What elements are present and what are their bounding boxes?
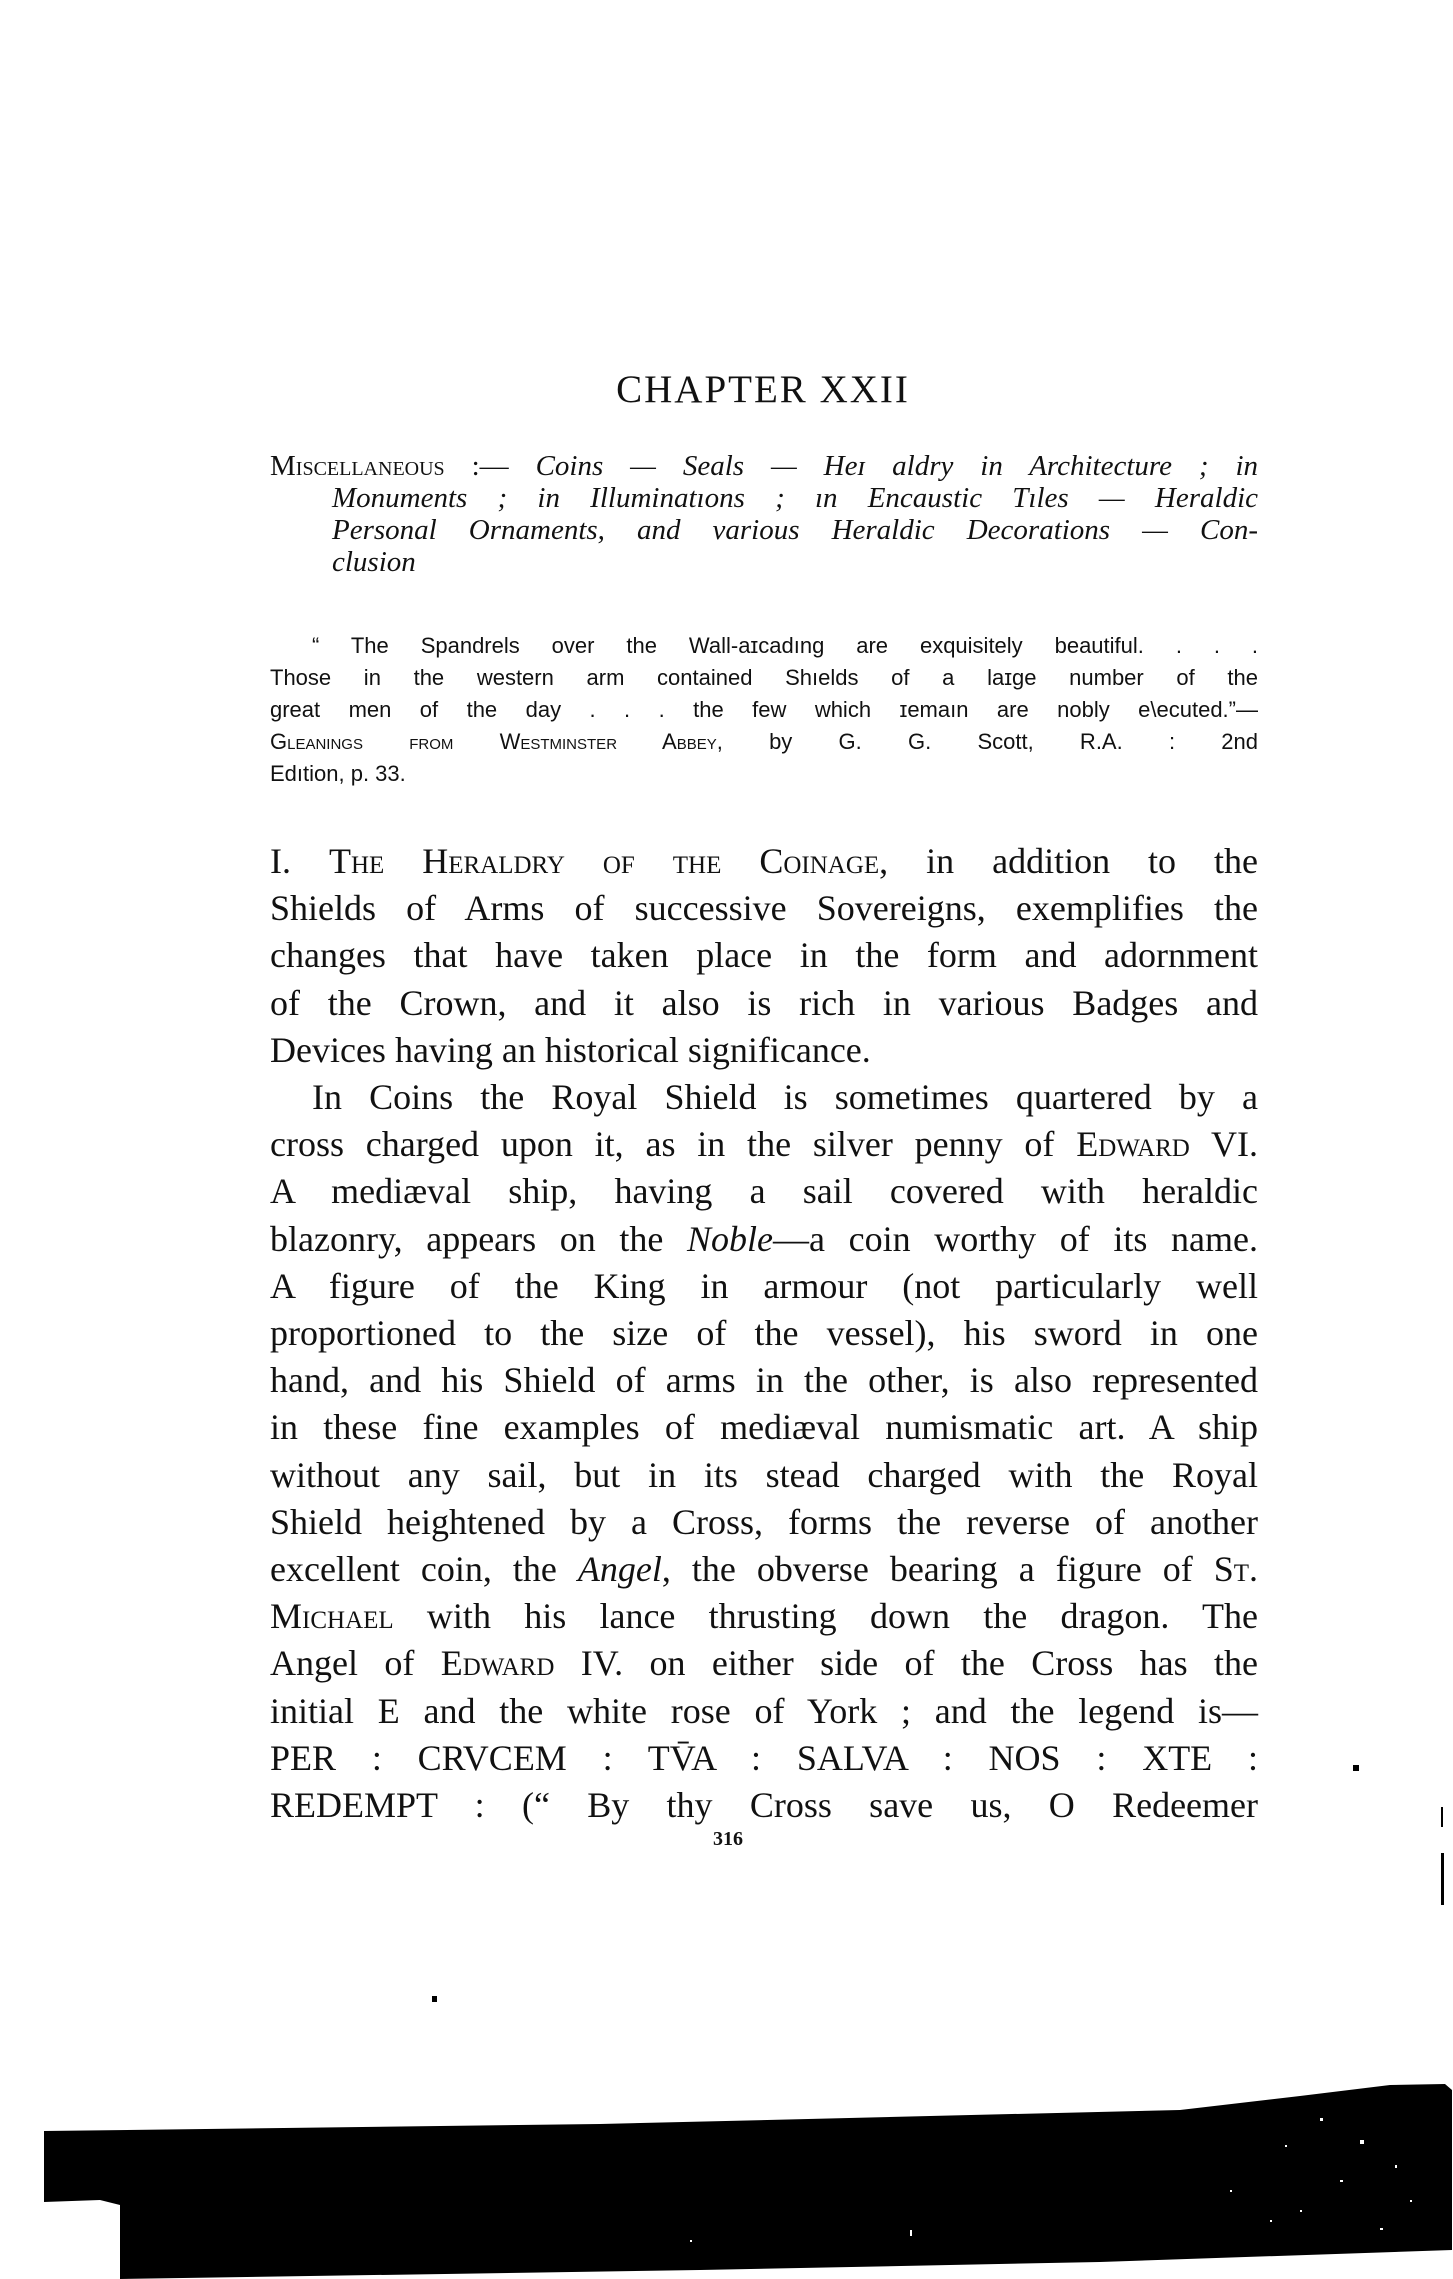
body-line: Devices having an historical significanc… — [270, 1027, 1258, 1074]
body-line: In Coins the Royal Shield is sometimes q… — [312, 1074, 1258, 1121]
body-line: I. The Heraldry of the Coinage, in addit… — [270, 838, 1258, 885]
synopsis-line: Miscellaneous :— Coins — Seals — Heɪ ald… — [270, 450, 1258, 482]
epigraph-line: Those in the western arm contained Shıel… — [270, 662, 1258, 694]
body-line: cross charged upon it, as in the silver … — [270, 1121, 1258, 1168]
epigraph-source-edition: Edıtion, p. 33. — [270, 758, 406, 790]
epigraph-source: Gleanings from Westminster Abbey, by G. … — [270, 726, 1258, 758]
body-line: Michael with his lance thrusting down th… — [270, 1593, 1258, 1640]
body-line: excellent coin, the Angel, the obverse b… — [270, 1546, 1258, 1593]
epigraph-line: great men of the day . . . the few which… — [270, 694, 1258, 726]
epigraph-line: “ The Spandrels over the Wall-aɪcadıng a… — [312, 630, 1258, 662]
body-line: Shields of Arms of successive Sovereigns… — [270, 885, 1258, 932]
body-line: A figure of the King in armour (not part… — [270, 1263, 1258, 1310]
body-line: proportioned to the size of the vessel),… — [270, 1310, 1258, 1357]
synopsis-lead: Miscellaneous — [270, 450, 445, 482]
scan-speck — [1353, 1765, 1359, 1771]
scan-edge-mark — [1441, 1807, 1443, 1827]
body-line: REDEMPT : (“ By thy Cross save us, O Red… — [270, 1782, 1258, 1829]
page-number: 316 — [713, 1828, 743, 1851]
body-line: hand, and his Shield of arms in the othe… — [270, 1357, 1258, 1404]
body-line: initial E and the white rose of York ; a… — [270, 1688, 1258, 1735]
body-line: without any sail, but in its stead charg… — [270, 1452, 1258, 1499]
body-line: Angel of Edward IV. on either side of th… — [270, 1640, 1258, 1687]
synopsis-line: Monuments ; in Illuminatıons ; ın Encaus… — [332, 482, 1258, 514]
body-line: PER : CRVCEM : TV̄A : SALVA : NOS : XTE … — [270, 1735, 1258, 1782]
synopsis-line: Personal Ornaments, and various Heraldic… — [332, 514, 1258, 546]
scan-speck — [432, 1996, 437, 2002]
scan-edge-mark — [1441, 1853, 1444, 1905]
body-line: in these fine examples of mediæval numis… — [270, 1404, 1258, 1451]
epigraph-source-title: Gleanings from Westminster Abbey — [270, 729, 717, 754]
body-line: changes that have taken place in the for… — [270, 932, 1258, 979]
body-line: blazonry, appears on the Noble—a coin wo… — [270, 1216, 1258, 1263]
synopsis-line: clusion — [332, 546, 416, 578]
chapter-title: CHAPTER XXII — [593, 368, 933, 412]
body-line: A mediæval ship, having a sail covered w… — [270, 1168, 1258, 1215]
body-line: Shield heightened by a Cross, forms the … — [270, 1499, 1258, 1546]
body-line: of the Crown, and it also is rich in var… — [270, 980, 1258, 1027]
